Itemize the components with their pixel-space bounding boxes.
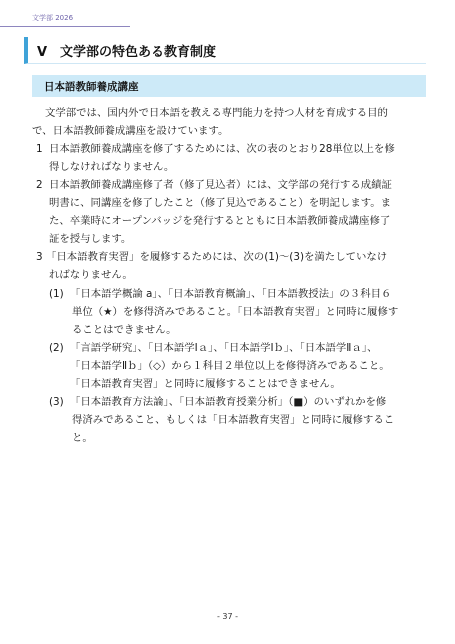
item-line: 証を授与します。 — [49, 230, 131, 248]
intro-line: 文学部では、国内外で日本語を教える専門能力を持つ人材を育成する目的 — [45, 104, 388, 122]
section-title: 日本語教師養成講座 — [44, 79, 139, 94]
item-line: 「日本語教育実習」を履修するためには、次の(1)～(3)を満たしていなけ — [46, 248, 387, 266]
subitem-line: ることはできません。 — [72, 321, 177, 339]
subitem-line: 得済みであること、もしくは「日本語教育実習」と同時に履修するこ — [72, 411, 394, 429]
item-number: 1 — [36, 140, 43, 158]
subitem-line: 単位（★）を修得済みであること。「日本語教育実習」と同時に履修す — [72, 303, 398, 321]
item-line: 明書に、同講座を修了したこと（修了見込であること）を明記します。ま — [49, 194, 391, 212]
subitem-line: 「日本語教育方法論」、「日本語教育授業分析」（■）のいずれかを修 — [70, 393, 386, 411]
subitem-line: 「日本語学Ⅱｂ」（◇）から１科目２単位以上を修得済みであること。 — [70, 357, 390, 375]
subitem-line: と。 — [72, 429, 93, 447]
item-line: ればなりません。 — [49, 266, 133, 284]
subitem-line: 「言語学研究」、「日本語学Ⅰａ」、「日本語学Ⅰｂ」、「日本語学Ⅱａ」、 — [70, 339, 377, 357]
subitem-number: (2) — [49, 339, 64, 357]
item-number: 3 — [36, 248, 43, 266]
item-line: た、卒業時にオープンバッジを発行するとともに日本語教師養成講座修了 — [49, 212, 390, 230]
chapter-heading: V 文学部の特色ある教育制度 — [24, 37, 426, 64]
chapter-title: V 文学部の特色ある教育制度 — [37, 41, 216, 60]
subitem-line: 「日本語学概論 a」、「日本語教育概論」、「日本語教授法」の３科目６ — [70, 285, 391, 303]
item-line: 日本語教師養成講座を修了するためには、次の表のとおり28単位以上を修 — [49, 140, 395, 158]
item-number: 2 — [36, 176, 43, 194]
header-rule — [0, 26, 130, 27]
item-line: 日本語教師養成講座修了者（修了見込者）には、文学部の発行する成績証 — [49, 176, 392, 194]
subitem-line: 「日本語教育実習」と同時に履修することはできません。 — [70, 375, 341, 393]
intro-line: で、日本語教師養成講座を設けています。 — [32, 122, 228, 140]
section-heading: 日本語教師養成講座 — [32, 75, 426, 97]
page-number: - 37 - — [0, 612, 455, 621]
item-line: 得しなければなりません。 — [49, 158, 174, 176]
running-header: 文学部 2026 — [32, 13, 73, 23]
subitem-number: (1) — [49, 285, 64, 303]
subitem-number: (3) — [49, 393, 64, 411]
